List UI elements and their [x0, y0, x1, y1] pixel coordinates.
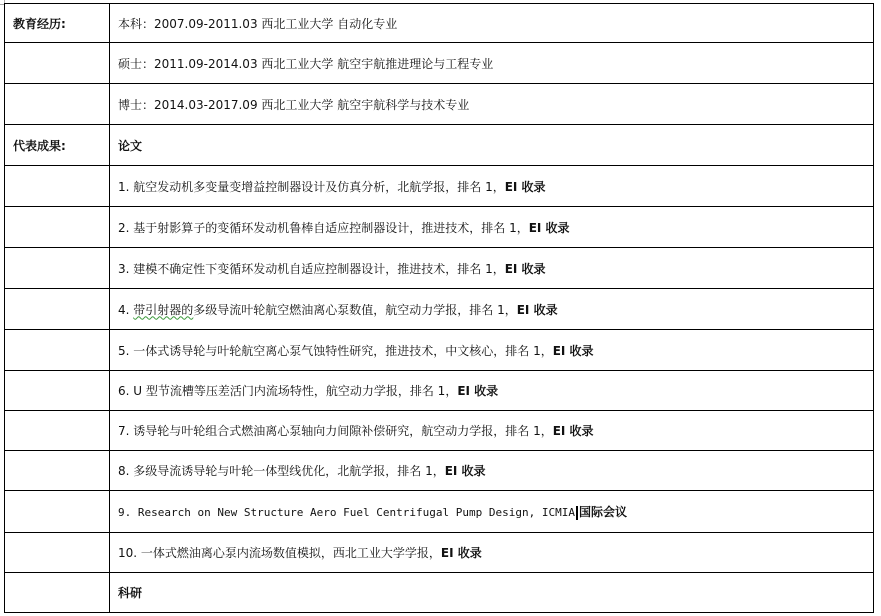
resume-table: 教育经历: 本科：2007.09-2011.03 西北工业大学 自动化专业 硕士… [4, 3, 874, 613]
paper-item-7[interactable]: 7. 诱导轮与叶轮组合式燃油离心泵轴向力间隙补偿研究，航空动力学报，排名 1，E… [110, 411, 874, 451]
paper-index-tag: EI 收录 [517, 303, 558, 317]
paper-index-tag: EI 收录 [441, 546, 482, 560]
text-cursor [576, 506, 578, 520]
education-entry-master[interactable]: 硕士：2011.09-2014.03 西北工业大学 航空宇航推进理论与工程专业 [110, 43, 874, 84]
empty-label-cell [5, 289, 110, 330]
research-row: 科研 [5, 573, 874, 613]
paper-row: 6. U 型节流槽等压差活门内流场特性，航空动力学报，排名 1，EI 收录 [5, 371, 874, 411]
paper-text: 8. 多级导流诱导轮与叶轮一体型线优化，北航学报，排名 1， [118, 464, 445, 478]
paper-number: 4. [118, 303, 133, 317]
paper-index-tag: EI 收录 [505, 180, 546, 194]
paper-text: 2. 基于射影算子的变循环发动机鲁棒自适应控制器设计，推进技术，排名 1， [118, 221, 529, 235]
empty-label-cell [5, 166, 110, 207]
paper-row: 3. 建模不确定性下变循环发动机自适应控制器设计，推进技术，排名 1，EI 收录 [5, 248, 874, 289]
paper-index-tag: 国际会议 [579, 505, 627, 519]
empty-label-cell [5, 491, 110, 533]
paper-item-5[interactable]: 5. 一体式诱导轮与叶轮航空离心泵气蚀特性研究，推进技术，中文核心，排名 1，E… [110, 330, 874, 371]
paper-index-tag: EI 收录 [505, 262, 546, 276]
paper-text: 7. 诱导轮与叶轮组合式燃油离心泵轴向力间隙补偿研究，航空动力学报，排名 1， [118, 424, 553, 438]
education-row-1: 教育经历: 本科：2007.09-2011.03 西北工业大学 自动化专业 [5, 4, 874, 43]
paper-index-tag: EI 收录 [553, 424, 594, 438]
paper-text: 9. Research on New Structure Aero Fuel C… [118, 506, 575, 519]
paper-item-9[interactable]: 9. Research on New Structure Aero Fuel C… [110, 491, 874, 533]
empty-label-cell [5, 411, 110, 451]
paper-row: 9. Research on New Structure Aero Fuel C… [5, 491, 874, 533]
paper-row: 7. 诱导轮与叶轮组合式燃油离心泵轴向力间隙补偿研究，航空动力学报，排名 1，E… [5, 411, 874, 451]
paper-row: 2. 基于射影算子的变循环发动机鲁棒自适应控制器设计，推进技术，排名 1，EI … [5, 207, 874, 248]
paper-index-tag: EI 收录 [445, 464, 486, 478]
education-entry-bachelor[interactable]: 本科：2007.09-2011.03 西北工业大学 自动化专业 [110, 4, 874, 43]
education-row-3: 博士：2014.03-2017.09 西北工业大学 航空宇航科学与技术专业 [5, 84, 874, 125]
paper-row: 10. 一体式燃油离心泵内流场数值模拟，西北工业大学学报，EI 收录 [5, 533, 874, 573]
paper-text: 6. U 型节流槽等压差活门内流场特性，航空动力学报，排名 1， [118, 384, 457, 398]
achievements-label: 代表成果: [5, 125, 110, 166]
paper-index-tag: EI 收录 [457, 384, 498, 398]
empty-label-cell [5, 330, 110, 371]
education-entry-phd[interactable]: 博士：2014.03-2017.09 西北工业大学 航空宇航科学与技术专业 [110, 84, 874, 125]
education-label: 教育经历: [5, 4, 110, 43]
empty-label-cell [5, 248, 110, 289]
empty-label-cell [5, 207, 110, 248]
paper-item-2[interactable]: 2. 基于射影算子的变循环发动机鲁棒自适应控制器设计，推进技术，排名 1，EI … [110, 207, 874, 248]
paper-text: 1. 航空发动机多变量变增益控制器设计及仿真分析，北航学报，排名 1， [118, 180, 505, 194]
paper-item-3[interactable]: 3. 建模不确定性下变循环发动机自适应控制器设计，推进技术，排名 1，EI 收录 [110, 248, 874, 289]
empty-label-cell [5, 451, 110, 491]
spellcheck-underlined-text: 带引射器的 [133, 303, 193, 317]
paper-item-10[interactable]: 10. 一体式燃油离心泵内流场数值模拟，西北工业大学学报，EI 收录 [110, 533, 874, 573]
paper-row: 1. 航空发动机多变量变增益控制器设计及仿真分析，北航学报，排名 1，EI 收录 [5, 166, 874, 207]
papers-heading[interactable]: 论文 [110, 125, 874, 166]
paper-item-4[interactable]: 4. 带引射器的多级导流叶轮航空燃油离心泵数值，航空动力学报，排名 1，EI 收… [110, 289, 874, 330]
paper-row: 8. 多级导流诱导轮与叶轮一体型线优化，北航学报，排名 1，EI 收录 [5, 451, 874, 491]
paper-item-6[interactable]: 6. U 型节流槽等压差活门内流场特性，航空动力学报，排名 1，EI 收录 [110, 371, 874, 411]
paper-index-tag: EI 收录 [529, 221, 570, 235]
paper-item-8[interactable]: 8. 多级导流诱导轮与叶轮一体型线优化，北航学报，排名 1，EI 收录 [110, 451, 874, 491]
paper-text: 3. 建模不确定性下变循环发动机自适应控制器设计，推进技术，排名 1， [118, 262, 505, 276]
paper-text: 多级导流叶轮航空燃油离心泵数值，航空动力学报，排名 1， [193, 303, 516, 317]
education-row-2: 硕士：2011.09-2014.03 西北工业大学 航空宇航推进理论与工程专业 [5, 43, 874, 84]
paper-index-tag: EI 收录 [553, 344, 594, 358]
paper-row: 5. 一体式诱导轮与叶轮航空离心泵气蚀特性研究，推进技术，中文核心，排名 1，E… [5, 330, 874, 371]
achievements-row: 代表成果: 论文 [5, 125, 874, 166]
paper-item-1[interactable]: 1. 航空发动机多变量变增益控制器设计及仿真分析，北航学报，排名 1，EI 收录 [110, 166, 874, 207]
empty-label-cell [5, 43, 110, 84]
empty-label-cell [5, 84, 110, 125]
research-heading[interactable]: 科研 [110, 573, 874, 613]
paper-text: 5. 一体式诱导轮与叶轮航空离心泵气蚀特性研究，推进技术，中文核心，排名 1， [118, 344, 553, 358]
paper-text: 10. 一体式燃油离心泵内流场数值模拟，西北工业大学学报， [118, 546, 441, 560]
empty-label-cell [5, 533, 110, 573]
empty-label-cell [5, 371, 110, 411]
empty-label-cell [5, 573, 110, 613]
paper-row: 4. 带引射器的多级导流叶轮航空燃油离心泵数值，航空动力学报，排名 1，EI 收… [5, 289, 874, 330]
